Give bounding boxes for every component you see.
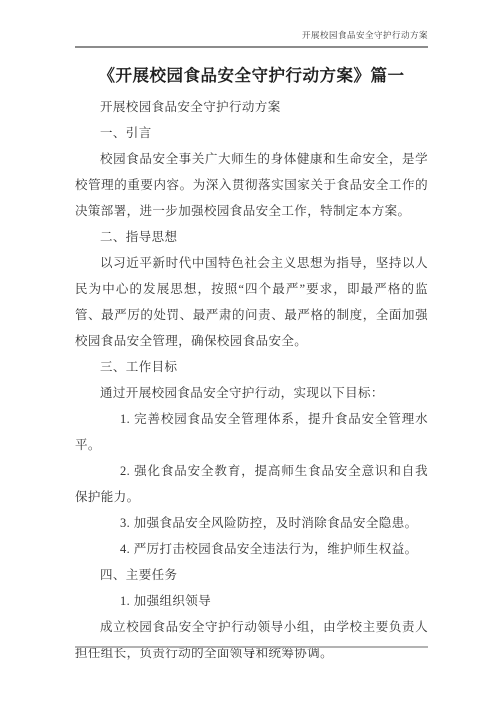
paragraph: 校园食品安全事关广大师生的身体健康和生命安全，是学校管理的重要内容。为深入贯彻落… — [75, 146, 428, 224]
document-body: 《开展校园食品安全守护行动方案》篇一 开展校园食品安全守护行动方案 一、引言 校… — [75, 64, 428, 666]
section-heading-4: 四、主要任务 — [75, 562, 428, 588]
section-heading-3: 三、工作目标 — [75, 354, 428, 380]
section-heading-1: 一、引言 — [75, 120, 428, 146]
paragraph: 以习近平新时代中国特色社会主义思想为指导，坚持以人民为中心的发展思想，按照“四个… — [75, 250, 428, 354]
list-item: 1. 完善校园食品安全管理体系，提升食品安全管理水平。 — [75, 406, 428, 458]
list-item: 3. 加强食品安全风险防控，及时消除食品安全隐患。 — [75, 510, 428, 536]
list-item: 4. 严厉打击校园食品安全违法行为，维护师生权益。 — [75, 536, 428, 562]
document-page: 开展校园食品安全守护行动方案 《开展校园食品安全守护行动方案》篇一 开展校园食品… — [0, 0, 500, 707]
document-title: 《开展校园食品安全守护行动方案》篇一 — [75, 64, 428, 88]
running-header-title: 开展校园食品安全守护行动方案 — [302, 30, 428, 40]
paragraph: 通过开展校园食品安全守护行动，实现以下目标： — [75, 380, 428, 406]
list-item: 2. 强化食品安全教育，提高师生食品安全意识和自我保护能力。 — [75, 458, 428, 510]
list-item: 1. 加强组织领导 — [75, 588, 428, 614]
page-header: 开展校园食品安全守护行动方案 — [75, 29, 428, 48]
page-number: 1 — [249, 650, 254, 661]
doc-subtitle: 开展校园食品安全守护行动方案 — [75, 94, 428, 120]
page-footer: 1 — [75, 646, 428, 661]
section-heading-2: 二、指导思想 — [75, 224, 428, 250]
